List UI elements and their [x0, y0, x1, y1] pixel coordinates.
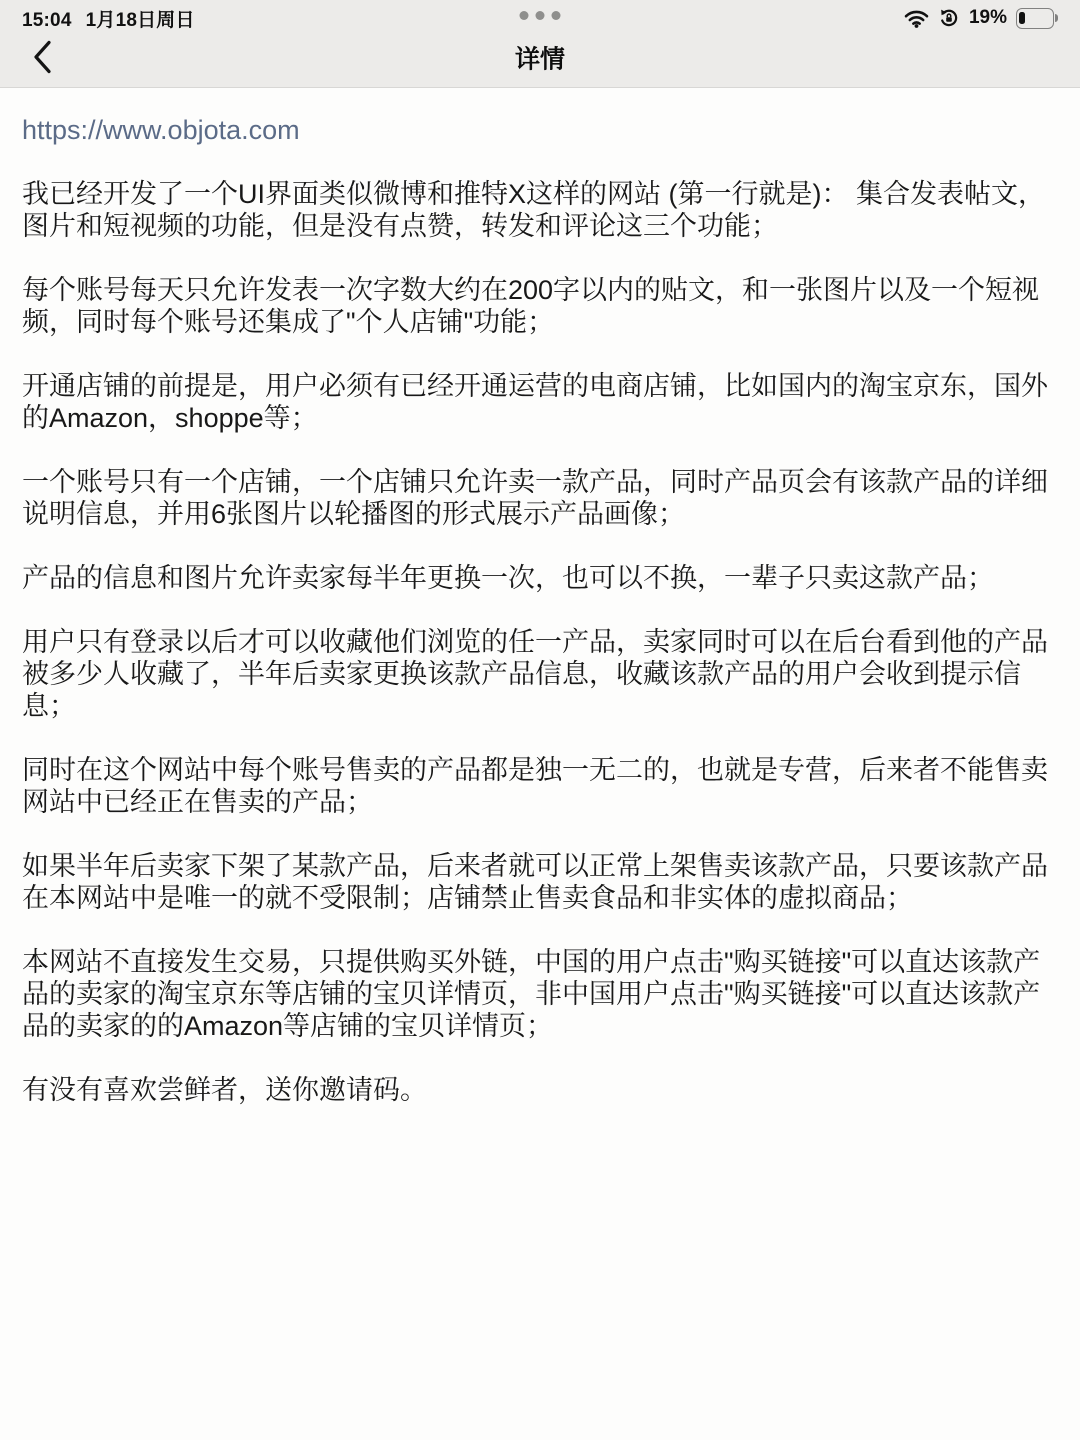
status-time: 15:04: [22, 10, 72, 32]
status-bar: 15:04 1月18日周日: [0, 0, 1080, 30]
paragraph-text: 本网站不直接发生交易，只提供购买外链，中国的用户点击"购买链接"可以直达该款产品…: [22, 946, 1054, 1042]
nav-bar: 详情: [0, 30, 1080, 86]
header: 15:04 1月18日周日: [0, 0, 1080, 88]
status-date: 1月18日周日: [86, 5, 195, 32]
paragraph-text: 同时在这个网站中每个账号售卖的产品都是独一无二的，也就是专营，后来者不能售卖网站…: [22, 754, 1054, 818]
paragraph-text: 用户只有登录以后才可以收藏他们浏览的任一产品，卖家同时可以在后台看到他的产品被多…: [22, 626, 1054, 722]
status-left: 15:04 1月18日周日: [22, 5, 195, 32]
url-link[interactable]: https://www.objota.com: [22, 114, 300, 146]
paragraph-text: 每个账号每天只允许发表一次字数大约在200字以内的贴文，和一张图片以及一个短视频…: [22, 274, 1054, 338]
chevron-left-icon: [33, 40, 52, 77]
paragraph-text: 开通店铺的前提是，用户必须有已经开通运营的电商店铺，比如国内的淘宝京东，国外的A…: [22, 370, 1054, 434]
battery-percent: 19%: [969, 7, 1007, 29]
status-icons: 19%: [904, 7, 1058, 29]
battery-icon: [1016, 8, 1058, 29]
paragraph-text: 如果半年后卖家下架了某款产品，后来者就可以正常上架售卖该款产品，只要该款产品在本…: [22, 850, 1054, 914]
paragraph-text: 一个账号只有一个店铺，一个店铺只允许卖一款产品，同时产品页会有该款产品的详细说明…: [22, 466, 1054, 530]
detail-content: https://www.objota.com 我已经开发了一个UI界面类似微博和…: [0, 88, 1080, 1106]
paragraph-text: 我已经开发了一个UI界面类似微博和推特X这样的网站 (第一行就是)： 集合发表帖…: [22, 178, 1054, 242]
paragraphs-container: 我已经开发了一个UI界面类似微博和推特X这样的网站 (第一行就是)： 集合发表帖…: [22, 178, 1054, 1106]
paragraph-text: 产品的信息和图片允许卖家每半年更换一次，也可以不换，一辈子只卖这款产品；: [22, 562, 1054, 594]
paragraph-text: 有没有喜欢尝鲜者，送你邀请码。: [22, 1074, 1054, 1106]
back-button[interactable]: [24, 38, 60, 78]
page-title: 详情: [515, 39, 565, 75]
rotation-lock-icon: [938, 7, 960, 29]
multitask-dots-icon: [520, 11, 561, 20]
wifi-icon: [904, 9, 929, 28]
